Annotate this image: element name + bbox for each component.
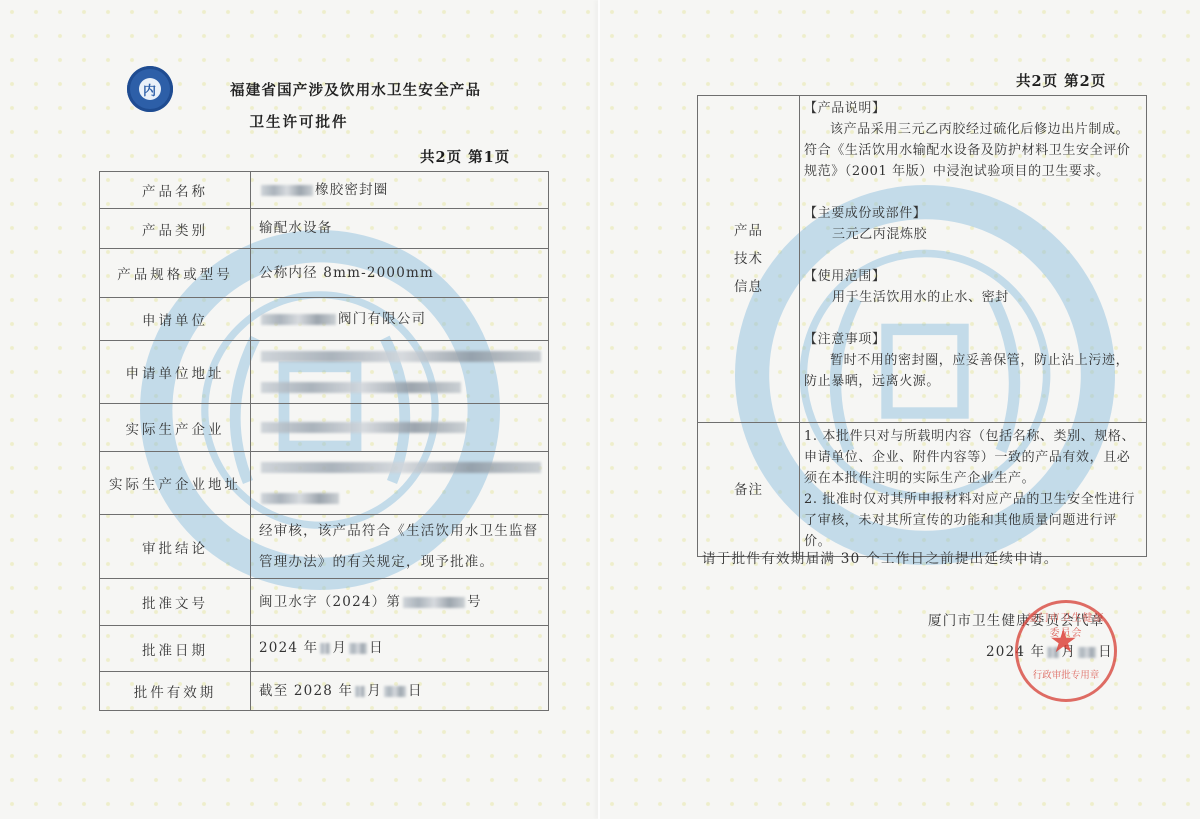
product-spec-value: 公称内径 8mm-2000mm xyxy=(251,249,549,298)
certificate-page-1: 福建省国产涉及饮用水卫生安全产品 卫生许可批件 共2页 第1页 产品名称 橡胶密… xyxy=(0,0,598,819)
applicant-value: 阀门有限公司 xyxy=(251,298,549,341)
table-row: 审批结论 经审核，该产品符合《生活饮用水卫生监督管理办法》的有关规定，现予批准。 xyxy=(100,515,549,579)
row-label: 申请单位地址 xyxy=(100,341,251,404)
product-category-value: 输配水设备 xyxy=(251,209,549,249)
approval-date-value: 2024 年月日 xyxy=(251,626,549,672)
permit-info-table: 产品名称 橡胶密封圈 产品类别 输配水设备 产品规格或型号 公称内径 8mm-2… xyxy=(99,171,549,711)
validity-value: 截至 2028 年月日 xyxy=(251,672,549,711)
section-title: 【产品说明】 xyxy=(804,98,1140,119)
row-label: 申请单位 xyxy=(100,298,251,341)
star-icon: ★ xyxy=(1049,625,1078,657)
table-row: 产品名称 橡胶密封圈 xyxy=(100,172,549,209)
official-seal-stamp: 厦门市卫生健康委员会 ★ 行政审批专用章 xyxy=(1015,600,1117,702)
table-row: 批准文号 闽卫水字（2024）第号 xyxy=(100,579,549,626)
table-row: 产品规格或型号 公称内径 8mm-2000mm xyxy=(100,249,549,298)
table-row: 申请单位 阀门有限公司 xyxy=(100,298,549,341)
health-emblem-logo xyxy=(127,66,173,112)
renewal-notice: 请于批件有效期届满 30 个工作日之前提出延续申请。 xyxy=(702,547,1059,567)
row-label: 审批结论 xyxy=(100,515,251,579)
section-body: 暂时不用的密封圈，应妥善保管，防止沾上污迹，防止暴晒，远离火源。 xyxy=(804,350,1140,392)
page-indicator: 共2页 第2页 xyxy=(1016,70,1106,91)
technical-info-table: 产品 技术 信息 【产品说明】 该产品采用三元乙丙胶经过硫化后修边出片制成。符合… xyxy=(697,95,1147,557)
row-label: 批准日期 xyxy=(100,626,251,672)
document-title: 福建省国产涉及饮用水卫生安全产品 xyxy=(230,79,481,100)
table-row: 批件有效期 截至 2028 年月日 xyxy=(100,672,549,711)
table-row: 批准日期 2024 年月日 xyxy=(100,626,549,672)
table-row: 产品类别 输配水设备 xyxy=(100,209,549,249)
document-subtitle: 卫生许可批件 xyxy=(0,111,598,132)
section-body: 用于生活饮用水的止水、密封 xyxy=(804,287,1140,308)
approval-conclusion-value: 经审核，该产品符合《生活饮用水卫生监督管理办法》的有关规定，现予批准。 xyxy=(251,515,549,579)
row-label: 产品规格或型号 xyxy=(100,249,251,298)
product-name-value: 橡胶密封圈 xyxy=(251,172,549,209)
row-label: 产品名称 xyxy=(100,172,251,209)
tech-info-label: 产品 技术 信息 xyxy=(698,96,800,423)
row-label: 实际生产企业 xyxy=(100,404,251,452)
applicant-address-value xyxy=(251,341,549,404)
page-indicator: 共2页 第1页 xyxy=(420,146,510,167)
manufacturer-value xyxy=(251,404,549,452)
remark-item: 1. 本批件只对与所载明内容（包括名称、类别、规格、申请单位、企业、附件内容等）… xyxy=(804,426,1140,489)
row-label: 产品类别 xyxy=(100,209,251,249)
table-row: 实际生产企业地址 xyxy=(100,452,549,515)
approval-number-value: 闽卫水字（2024）第号 xyxy=(251,579,549,626)
remark-item: 2. 批准时仅对其所申报材料对应产品的卫生安全性进行了审核，未对其所宣传的功能和… xyxy=(804,489,1140,552)
redacted-block xyxy=(261,314,336,325)
manufacturer-address-value xyxy=(251,452,549,515)
table-row: 实际生产企业 xyxy=(100,404,549,452)
remarks-label: 备注 xyxy=(698,423,800,557)
row-label: 批准文号 xyxy=(100,579,251,626)
table-row: 产品 技术 信息 【产品说明】 该产品采用三元乙丙胶经过硫化后修边出片制成。符合… xyxy=(698,96,1147,423)
table-row: 备注 1. 本批件只对与所载明内容（包括名称、类别、规格、申请单位、企业、附件内… xyxy=(698,423,1147,557)
redacted-block xyxy=(261,185,313,196)
section-title: 【注意事项】 xyxy=(804,329,1140,350)
section-body: 三元乙丙混炼胶 xyxy=(804,224,1140,245)
section-body: 该产品采用三元乙丙胶经过硫化后修边出片制成。符合《生活饮用水输配水设备及防护材料… xyxy=(804,119,1140,182)
row-label: 实际生产企业地址 xyxy=(100,452,251,515)
section-title: 【主要成份或部件】 xyxy=(804,203,1140,224)
row-label: 批件有效期 xyxy=(100,672,251,711)
tech-info-content: 【产品说明】 该产品采用三元乙丙胶经过硫化后修边出片制成。符合《生活饮用水输配水… xyxy=(800,96,1147,423)
section-title: 【使用范围】 xyxy=(804,266,1140,287)
remarks-content: 1. 本批件只对与所载明内容（包括名称、类别、规格、申请单位、企业、附件内容等）… xyxy=(800,423,1147,557)
table-row: 申请单位地址 xyxy=(100,341,549,404)
